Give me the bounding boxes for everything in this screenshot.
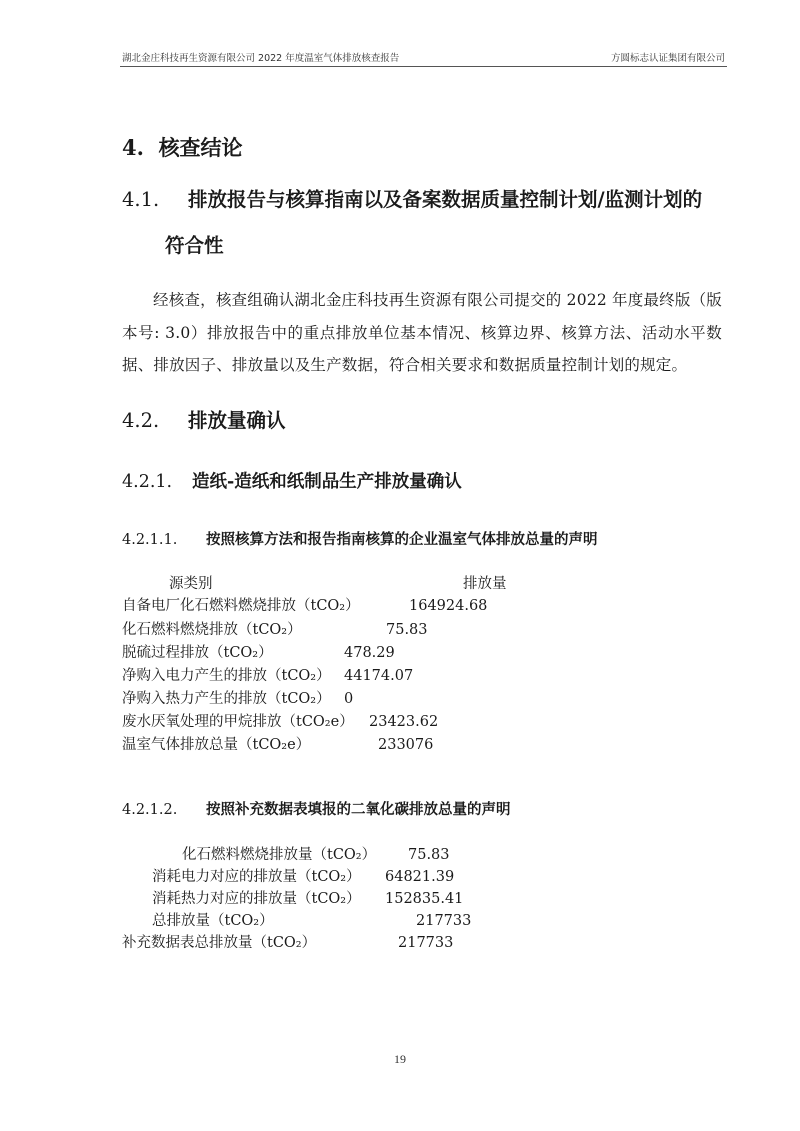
section-title: 排放报告与核算指南以及备案数据质量控制计划/监测计划的 [188, 188, 702, 211]
conclusion-paragraph: 经核查，核查组确认湖北金庄科技再生资源有限公司提交的 2022 年度最终版（版本… [122, 284, 722, 382]
page-header: 湖北金庄科技再生资源有限公司 2022 年度温室气体排放核查报告 方圆标志认证集… [120, 52, 727, 67]
row-value: 75.83 [408, 845, 450, 865]
section-title: 按照核算方法和报告指南核算的企业温室气体排放总量的声明 [206, 531, 598, 548]
row-label: 补充数据表总排放量（tCO₂） [122, 933, 316, 953]
row-label: 废水厌氧处理的甲烷排放（tCO₂e） [122, 712, 354, 732]
row-value: 233076 [378, 735, 433, 755]
row-value: 164924.68 [409, 596, 487, 616]
section-heading-4-2: 4.2.排放量确认 [122, 405, 286, 433]
section-number: 4.2.1.2. [122, 802, 206, 818]
section-heading-4-1-continued: 符合性 [165, 230, 224, 258]
row-label: 化石燃料燃烧排放量（tCO₂） [182, 845, 376, 865]
section-heading-4: 4. 核查结论 [122, 132, 243, 162]
section-number: 4.2. [122, 409, 188, 432]
row-value: 217733 [416, 911, 471, 931]
row-label: 净购入电力产生的排放（tCO₂） [122, 666, 331, 686]
document-page: 湖北金庄科技再生资源有限公司 2022 年度温室气体排放核查报告 方圆标志认证集… [0, 0, 800, 1131]
header-organization: 方圆标志认证集团有限公司 [611, 50, 725, 64]
column-header-source: 源类别 [169, 574, 213, 594]
row-value: 0 [344, 689, 353, 709]
section-title: 按照补充数据表填报的二氧化碳排放总量的声明 [206, 801, 511, 818]
section-heading-4-2-1: 4.2.1.造纸-造纸和纸制品生产排放量确认 [122, 468, 462, 493]
row-label: 自备电厂化石燃料燃烧排放（tCO₂） [122, 596, 360, 616]
row-value: 44174.07 [344, 666, 413, 686]
section-heading-4-2-1-1: 4.2.1.1.按照核算方法和报告指南核算的企业温室气体排放总量的声明 [122, 528, 598, 549]
row-value: 478.29 [344, 643, 395, 663]
column-header-amount: 排放量 [463, 574, 507, 594]
row-label: 化石燃料燃烧排放（tCO₂） [122, 620, 302, 640]
row-label: 消耗热力对应的排放量（tCO₂） [152, 889, 361, 909]
section-number: 4.1. [122, 188, 188, 211]
page-number: 19 [0, 1052, 800, 1067]
row-value: 75.83 [386, 620, 428, 640]
row-label: 脱硫过程排放（tCO₂） [122, 643, 273, 663]
section-heading-4-2-1-2: 4.2.1.2.按照补充数据表填报的二氧化碳排放总量的声明 [122, 798, 511, 819]
section-number: 4. [122, 135, 144, 160]
section-heading-4-1: 4.1.排放报告与核算指南以及备案数据质量控制计划/监测计划的 [122, 184, 702, 212]
row-label: 消耗电力对应的排放量（tCO₂） [152, 867, 361, 887]
row-value: 152835.41 [385, 889, 463, 909]
row-value: 23423.62 [369, 712, 438, 732]
row-label: 净购入热力产生的排放（tCO₂） [122, 689, 331, 709]
section-number: 4.2.1.1. [122, 532, 206, 548]
row-label: 总排放量（tCO₂） [152, 911, 274, 931]
section-number: 4.2.1. [122, 472, 192, 492]
section-title: 核查结论 [159, 135, 243, 160]
section-title: 造纸-造纸和纸制品生产排放量确认 [192, 472, 462, 492]
section-title: 排放量确认 [188, 409, 286, 432]
header-report-title: 湖北金庄科技再生资源有限公司 2022 年度温室气体排放核查报告 [122, 50, 399, 64]
row-label: 温室气体排放总量（tCO₂e） [122, 735, 310, 755]
row-value: 217733 [398, 933, 453, 953]
row-value: 64821.39 [385, 867, 454, 887]
